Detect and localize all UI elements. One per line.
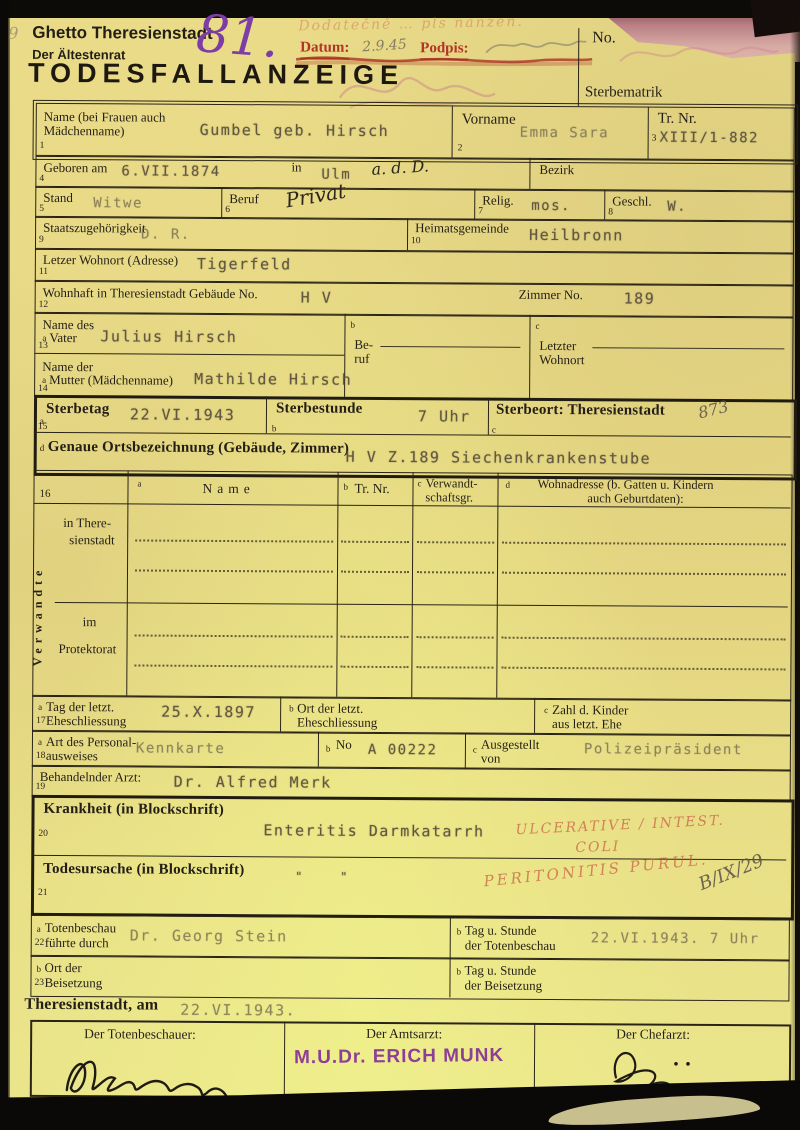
sub-letter: c bbox=[492, 425, 496, 435]
sterbestunde-label: Sterbestunde bbox=[276, 401, 363, 416]
footer-place-label: Theresienstadt, am bbox=[24, 998, 158, 1013]
wohnort-label: Letzer Wohnort (Adresse) bbox=[43, 253, 178, 268]
field-number: 13 bbox=[38, 341, 48, 351]
sub-letter: d bbox=[40, 443, 45, 453]
vorname-value: Emma Sara bbox=[520, 125, 609, 142]
beisetzung-zeit-label-line1: Tag u. Stunde bbox=[465, 963, 537, 977]
sterbetag-label: Sterbetag bbox=[46, 402, 110, 416]
ausweis-value: Kennkarte bbox=[136, 740, 225, 757]
dotted-line bbox=[341, 636, 409, 638]
wohnhaft-value: H V bbox=[301, 288, 333, 306]
ausweis-label-line2: ausweises bbox=[46, 749, 98, 763]
bezirk-label: Bezirk bbox=[539, 163, 574, 177]
divider bbox=[604, 189, 605, 219]
zimmer-label: Zimmer No. bbox=[519, 288, 583, 302]
form-content: 9 Ghetto Theresienstadt Der Ältestenrat … bbox=[0, 0, 800, 1130]
geschl-value: W. bbox=[667, 199, 687, 215]
sub-letter: c bbox=[473, 745, 477, 755]
parents-wohnort-label-line2: Wohnort bbox=[539, 353, 584, 367]
arzt-label: Behandelnder Arzt: bbox=[40, 770, 142, 785]
ausweis-no-value: A 00222 bbox=[368, 742, 438, 758]
sub-letter: b bbox=[37, 964, 42, 974]
sub-letter: a bbox=[38, 702, 42, 712]
ehe-tag-label-line2: Eheschliessung bbox=[46, 714, 126, 728]
sub-letter: b bbox=[289, 703, 294, 713]
parents-beruf-label-line1: Be- bbox=[354, 338, 373, 352]
krankheit-label: Krankheit (in Blockschrift) bbox=[44, 802, 224, 817]
dotted-line bbox=[340, 666, 408, 668]
sterbetag-value: 22.VI.1943 bbox=[130, 405, 235, 424]
divider bbox=[534, 698, 535, 733]
zimmer-value: 189 bbox=[624, 289, 656, 307]
vater-label-line2: Vater bbox=[49, 331, 77, 345]
field-number: 3 bbox=[652, 134, 657, 144]
ausgestellt-label-line2: von bbox=[481, 752, 501, 766]
field-number: 21 bbox=[38, 888, 48, 898]
divider bbox=[465, 732, 466, 767]
geboren-in-label: in bbox=[291, 160, 301, 174]
ausweis-no-label: No bbox=[336, 738, 352, 752]
verwandte-side-label: Verwandte bbox=[30, 540, 46, 692]
dotted-line bbox=[341, 541, 409, 543]
heimat-label: Heimatsgemeinde bbox=[415, 221, 509, 236]
krankheit-value: Enteritis Darmkatarrh bbox=[263, 821, 484, 840]
parents-beruf-label-line2: ruf bbox=[354, 352, 369, 366]
sub-letter: b bbox=[457, 926, 462, 936]
field-number: 5 bbox=[39, 204, 44, 214]
field-number: 20 bbox=[38, 829, 48, 839]
field-number: 16 bbox=[39, 488, 50, 500]
sub-letter: d bbox=[506, 480, 511, 490]
sterbeort-label: Sterbeort: Theresienstadt bbox=[496, 403, 665, 418]
faint-pink-scrawl-no bbox=[612, 31, 782, 77]
divider bbox=[221, 187, 222, 217]
tr-nr-value: XIII/1-882 bbox=[660, 130, 759, 147]
totenbeschau-label-line2: führte durch bbox=[45, 936, 109, 950]
row-theresienstadt-label-line2: sienstadt bbox=[69, 533, 115, 547]
sub-letter: b bbox=[343, 482, 348, 492]
totenbeschau-value: Dr. Georg Stein bbox=[130, 926, 288, 945]
arzt-value: Dr. Alfred Merk bbox=[174, 773, 332, 792]
geboren-in-handwritten: a. d. D. bbox=[371, 156, 430, 179]
name-value: Gumbel geb. Hirsch bbox=[200, 121, 390, 140]
sub-letter: a bbox=[37, 924, 41, 934]
field-number: 1 bbox=[40, 141, 45, 151]
field-number: 17 bbox=[36, 716, 46, 726]
beruf-label: Beruf bbox=[229, 192, 259, 206]
todesursache-ditto1: " bbox=[295, 869, 304, 883]
vater-value: Julius Hirsch bbox=[100, 327, 237, 346]
col-wohnadresse-header-line2: auch Geburtdaten): bbox=[587, 491, 683, 506]
sub-letter: c bbox=[535, 321, 539, 331]
stand-label: Stand bbox=[43, 191, 73, 205]
row-theresienstadt-label-line1: in There- bbox=[63, 516, 111, 530]
geboren-value: 6.VII.1874 bbox=[121, 163, 220, 180]
mutter-label-line2: Mutter (Mädchenname) bbox=[49, 373, 173, 388]
amtsarzt-label: Der Amtsarzt: bbox=[366, 1027, 442, 1041]
handwritten-case-number: 81. bbox=[194, 4, 281, 70]
todesursache-label: Todesursache (in Blockschrift) bbox=[43, 862, 244, 877]
divider bbox=[407, 218, 408, 250]
mutter-value: Mathilde Hirsch bbox=[194, 370, 352, 389]
sub-letter: b bbox=[457, 966, 462, 976]
scanned-death-certificate: 9 Ghetto Theresienstadt Der Ältestenrat … bbox=[0, 0, 800, 1130]
dotted-line bbox=[341, 571, 409, 573]
field-number: 18 bbox=[36, 751, 46, 761]
field-number: 11 bbox=[39, 267, 48, 277]
relig-value: mos. bbox=[531, 198, 571, 214]
divider bbox=[266, 396, 267, 433]
ortsbezeichnung-label: Genaue Ortsbezeichnung (Gebäude, Zimmer) bbox=[48, 440, 349, 456]
field-number: 19 bbox=[36, 782, 46, 792]
sub-letter: a bbox=[38, 737, 42, 747]
sub-letter: b bbox=[350, 320, 355, 330]
ausgestellt-value: Polizeipräsident bbox=[584, 741, 743, 758]
amtsarzt-stamp: M.U.Dr. ERICH MUNK bbox=[294, 1045, 504, 1069]
wohnort-value: Tigerfeld bbox=[197, 255, 292, 274]
kinder-label-line2: aus letzt. Ehe bbox=[552, 717, 622, 731]
geboren-label: Geboren am bbox=[43, 161, 107, 175]
relig-label: Relig. bbox=[482, 194, 514, 208]
field-number: 2 bbox=[458, 143, 463, 153]
divider bbox=[318, 732, 319, 767]
field-number: 22 bbox=[35, 938, 45, 948]
vorname-label: Vorname bbox=[462, 112, 516, 126]
col-verwandtschaft-header-line1: Verwandt- bbox=[426, 476, 478, 490]
divider bbox=[488, 398, 489, 435]
todesursache-ditto2: " bbox=[340, 870, 349, 884]
sub-letter: a bbox=[138, 478, 142, 488]
field-number: 12 bbox=[39, 300, 49, 310]
krankheit-red-note-line2: COLI bbox=[575, 839, 620, 856]
heimat-value: Heilbronn bbox=[529, 226, 624, 245]
field-number: 10 bbox=[411, 236, 421, 246]
beisetzung-ort-label-line1: Ort der bbox=[45, 961, 82, 975]
footer-date-value: 22.VI.1943. bbox=[180, 1001, 296, 1020]
totenbeschau-zeit-value: 22.VI.1943. 7 Uhr bbox=[591, 930, 760, 947]
row-parents-box bbox=[34, 312, 794, 402]
sub-letter: c bbox=[418, 478, 422, 488]
margin-pencil-note: 9 bbox=[8, 24, 18, 43]
field-number: 23 bbox=[34, 978, 44, 988]
col-verwandtschaft-header-line2: schaftsgr. bbox=[425, 490, 473, 504]
field-number: 15 bbox=[38, 422, 48, 432]
row-protektorat-label-line2: Protektorat bbox=[58, 642, 116, 656]
row-beisetzung-box bbox=[30, 955, 789, 1002]
row-protektorat-label-line1: im bbox=[83, 615, 97, 629]
totenbeschau-zeit-label-line2: der Totenbeschau bbox=[465, 938, 556, 953]
totenbeschau-label-line1: Totenbeschau bbox=[45, 921, 116, 935]
field-number: 6 bbox=[225, 205, 230, 215]
sub-letter: b bbox=[272, 423, 277, 433]
staat-label: Staatszugehörigkeit bbox=[43, 221, 146, 236]
ehe-tag-value: 25.X.1897 bbox=[161, 703, 256, 722]
beisetzung-ort-label-line2: Beisetzung bbox=[44, 976, 102, 990]
divider bbox=[280, 696, 281, 731]
col-trnr-header: Tr. Nr. bbox=[354, 482, 389, 496]
col-wohnadresse-header-line1: Wohnadresse (b. Gatten u. Kindern bbox=[537, 477, 713, 492]
staat-value: D. R. bbox=[141, 226, 191, 242]
field-number: 4 bbox=[39, 174, 44, 184]
col-name-header: Name bbox=[202, 482, 254, 496]
no-label: No. bbox=[592, 31, 616, 45]
totenbeschau-zeit-label-line1: Tag u. Stunde bbox=[465, 923, 537, 937]
sterbematrik-label: Sterbematrik bbox=[585, 85, 663, 99]
name-label: Name (bei Frauen auch Mädchenname) bbox=[44, 110, 199, 139]
divider bbox=[529, 158, 530, 189]
field-number: 14 bbox=[38, 384, 48, 394]
sterbestunde-value: 7 Uhr bbox=[418, 407, 471, 425]
wohnhaft-label: Wohnhaft in Theresienstadt Gebäude No. bbox=[43, 286, 258, 301]
org-name-line1: Ghetto Theresienstadt bbox=[32, 26, 213, 41]
field-number: 8 bbox=[608, 207, 613, 217]
field-number: 9 bbox=[39, 235, 44, 245]
sub-letter: c bbox=[544, 705, 548, 715]
tr-nr-label: Tr. Nr. bbox=[658, 112, 697, 126]
ortsbezeichnung-value: H V Z.189 Siechenkrankenstube bbox=[346, 448, 652, 468]
divider bbox=[474, 189, 475, 219]
stand-value: Witwe bbox=[93, 195, 143, 211]
ehe-ort-label-line2: Eheschliessung bbox=[297, 715, 377, 729]
beisetzung-zeit-label-line2: der Beisetzung bbox=[464, 978, 542, 992]
geschl-label: Geschl. bbox=[612, 194, 651, 208]
field-number: 7 bbox=[478, 207, 483, 217]
sub-letter: b bbox=[326, 744, 331, 754]
